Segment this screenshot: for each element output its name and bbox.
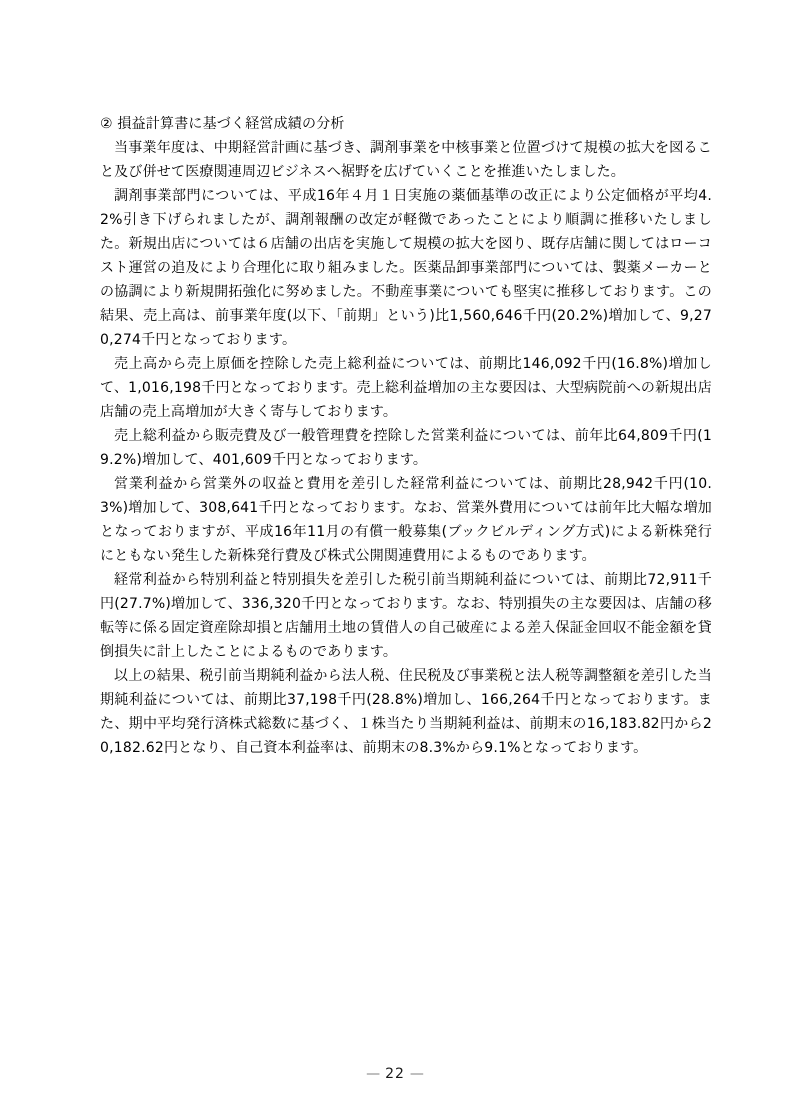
paragraph-pretax-income: 経常利益から特別利益と特別損失を差引した税引前当期純利益については、前期比72,… — [100, 568, 712, 664]
document-page: ② 損益計算書に基づく経営成績の分析 当事業年度は、中期経営計画に基づき、調剤事… — [0, 0, 790, 1118]
paragraph-business-overview: 当事業年度は、中期経営計画に基づき、調剤事業を中核事業と位置づけて規模の拡大を図… — [100, 136, 712, 184]
paragraph-sales: 調剤事業部門については、平成16年４月１日実施の薬価基準の改正により公定価格が平… — [100, 184, 712, 352]
page-footer: —22— — [0, 1066, 790, 1082]
page-number: 22 — [385, 1066, 405, 1082]
paragraph-ordinary-income: 営業利益から営業外の収益と費用を差引した経常利益については、前期比28,942千… — [100, 472, 712, 568]
footer-left-dash: — — [366, 1066, 380, 1082]
paragraph-net-income: 以上の結果、税引前当期純利益から法人税、住民税及び事業税と法人税等調整額を差引し… — [100, 664, 712, 760]
document-body: ② 損益計算書に基づく経営成績の分析 当事業年度は、中期経営計画に基づき、調剤事… — [100, 112, 712, 760]
footer-right-dash: — — [410, 1066, 424, 1082]
paragraph-operating-income: 売上総利益から販売費及び一般管理費を控除した営業利益については、前年比64,80… — [100, 424, 712, 472]
section-heading: ② 損益計算書に基づく経営成績の分析 — [100, 112, 712, 136]
paragraph-gross-profit: 売上高から売上原価を控除した売上総利益については、前期比146,092千円(16… — [100, 352, 712, 424]
